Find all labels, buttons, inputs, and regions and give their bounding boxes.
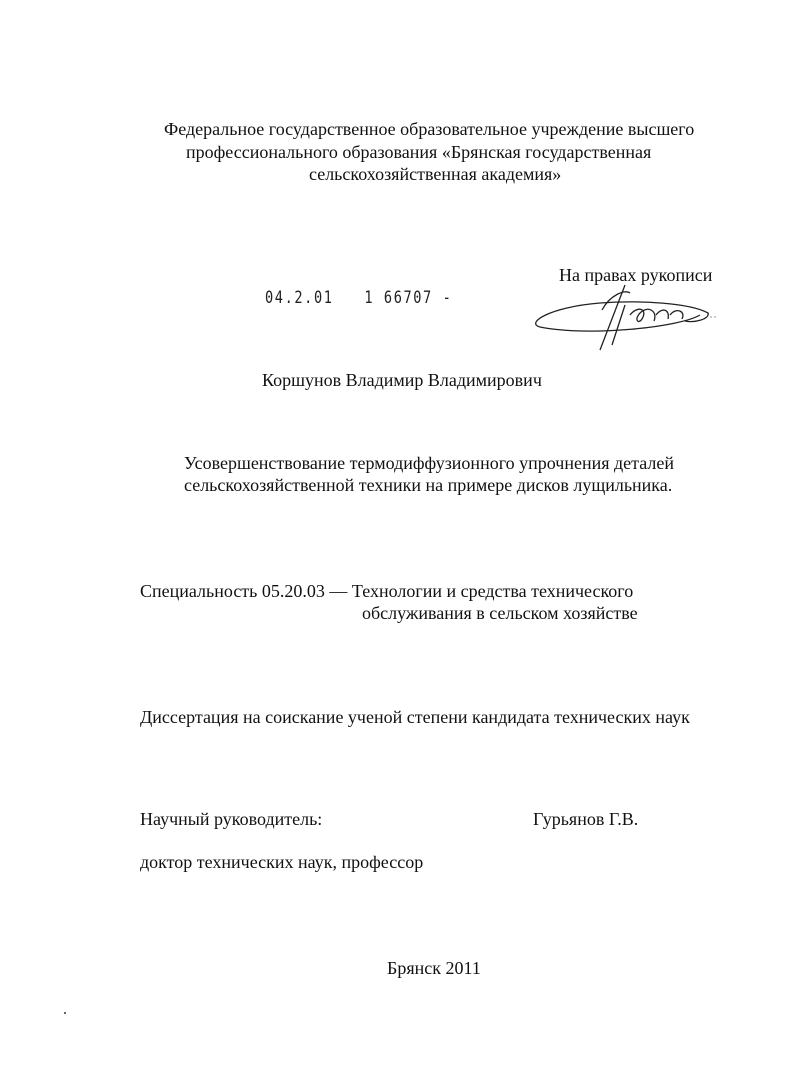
institution-line-1: Федеральное государственное образователь… bbox=[164, 118, 694, 140]
supervisor-credentials: доктор технических наук, профессор bbox=[140, 851, 423, 873]
thesis-title-line-2: сельскохозяйственной техники на примере … bbox=[184, 474, 672, 496]
thesis-title-line-1: Усовершенствование термодиффузионного уп… bbox=[184, 452, 674, 474]
degree-statement: Диссертация на соискание ученой степени … bbox=[140, 706, 690, 728]
scan-speck bbox=[64, 1012, 66, 1014]
archive-stamp: 04.2.01 1 66707 - bbox=[265, 288, 452, 308]
signature-icon bbox=[530, 275, 720, 355]
supervisor-label: Научный руководитель: bbox=[140, 808, 322, 830]
specialty-line-1: Специальность 05.20.03 — Технологии и ср… bbox=[140, 580, 633, 602]
institution-line-2: профессионального образования «Брянская … bbox=[186, 141, 651, 163]
stamp-number: 1 66707 - bbox=[364, 288, 452, 308]
supervisor-name: Гурьянов Г.В. bbox=[533, 808, 638, 830]
specialty-line-2: обслуживания в сельском хозяйстве bbox=[362, 602, 638, 624]
place-and-year: Брянск 2011 bbox=[387, 957, 481, 979]
author-name: Коршунов Владимир Владимирович bbox=[262, 369, 542, 391]
stamp-date: 04.2.01 bbox=[265, 288, 334, 308]
institution-line-3: сельскохозяйственная академия» bbox=[309, 163, 561, 185]
